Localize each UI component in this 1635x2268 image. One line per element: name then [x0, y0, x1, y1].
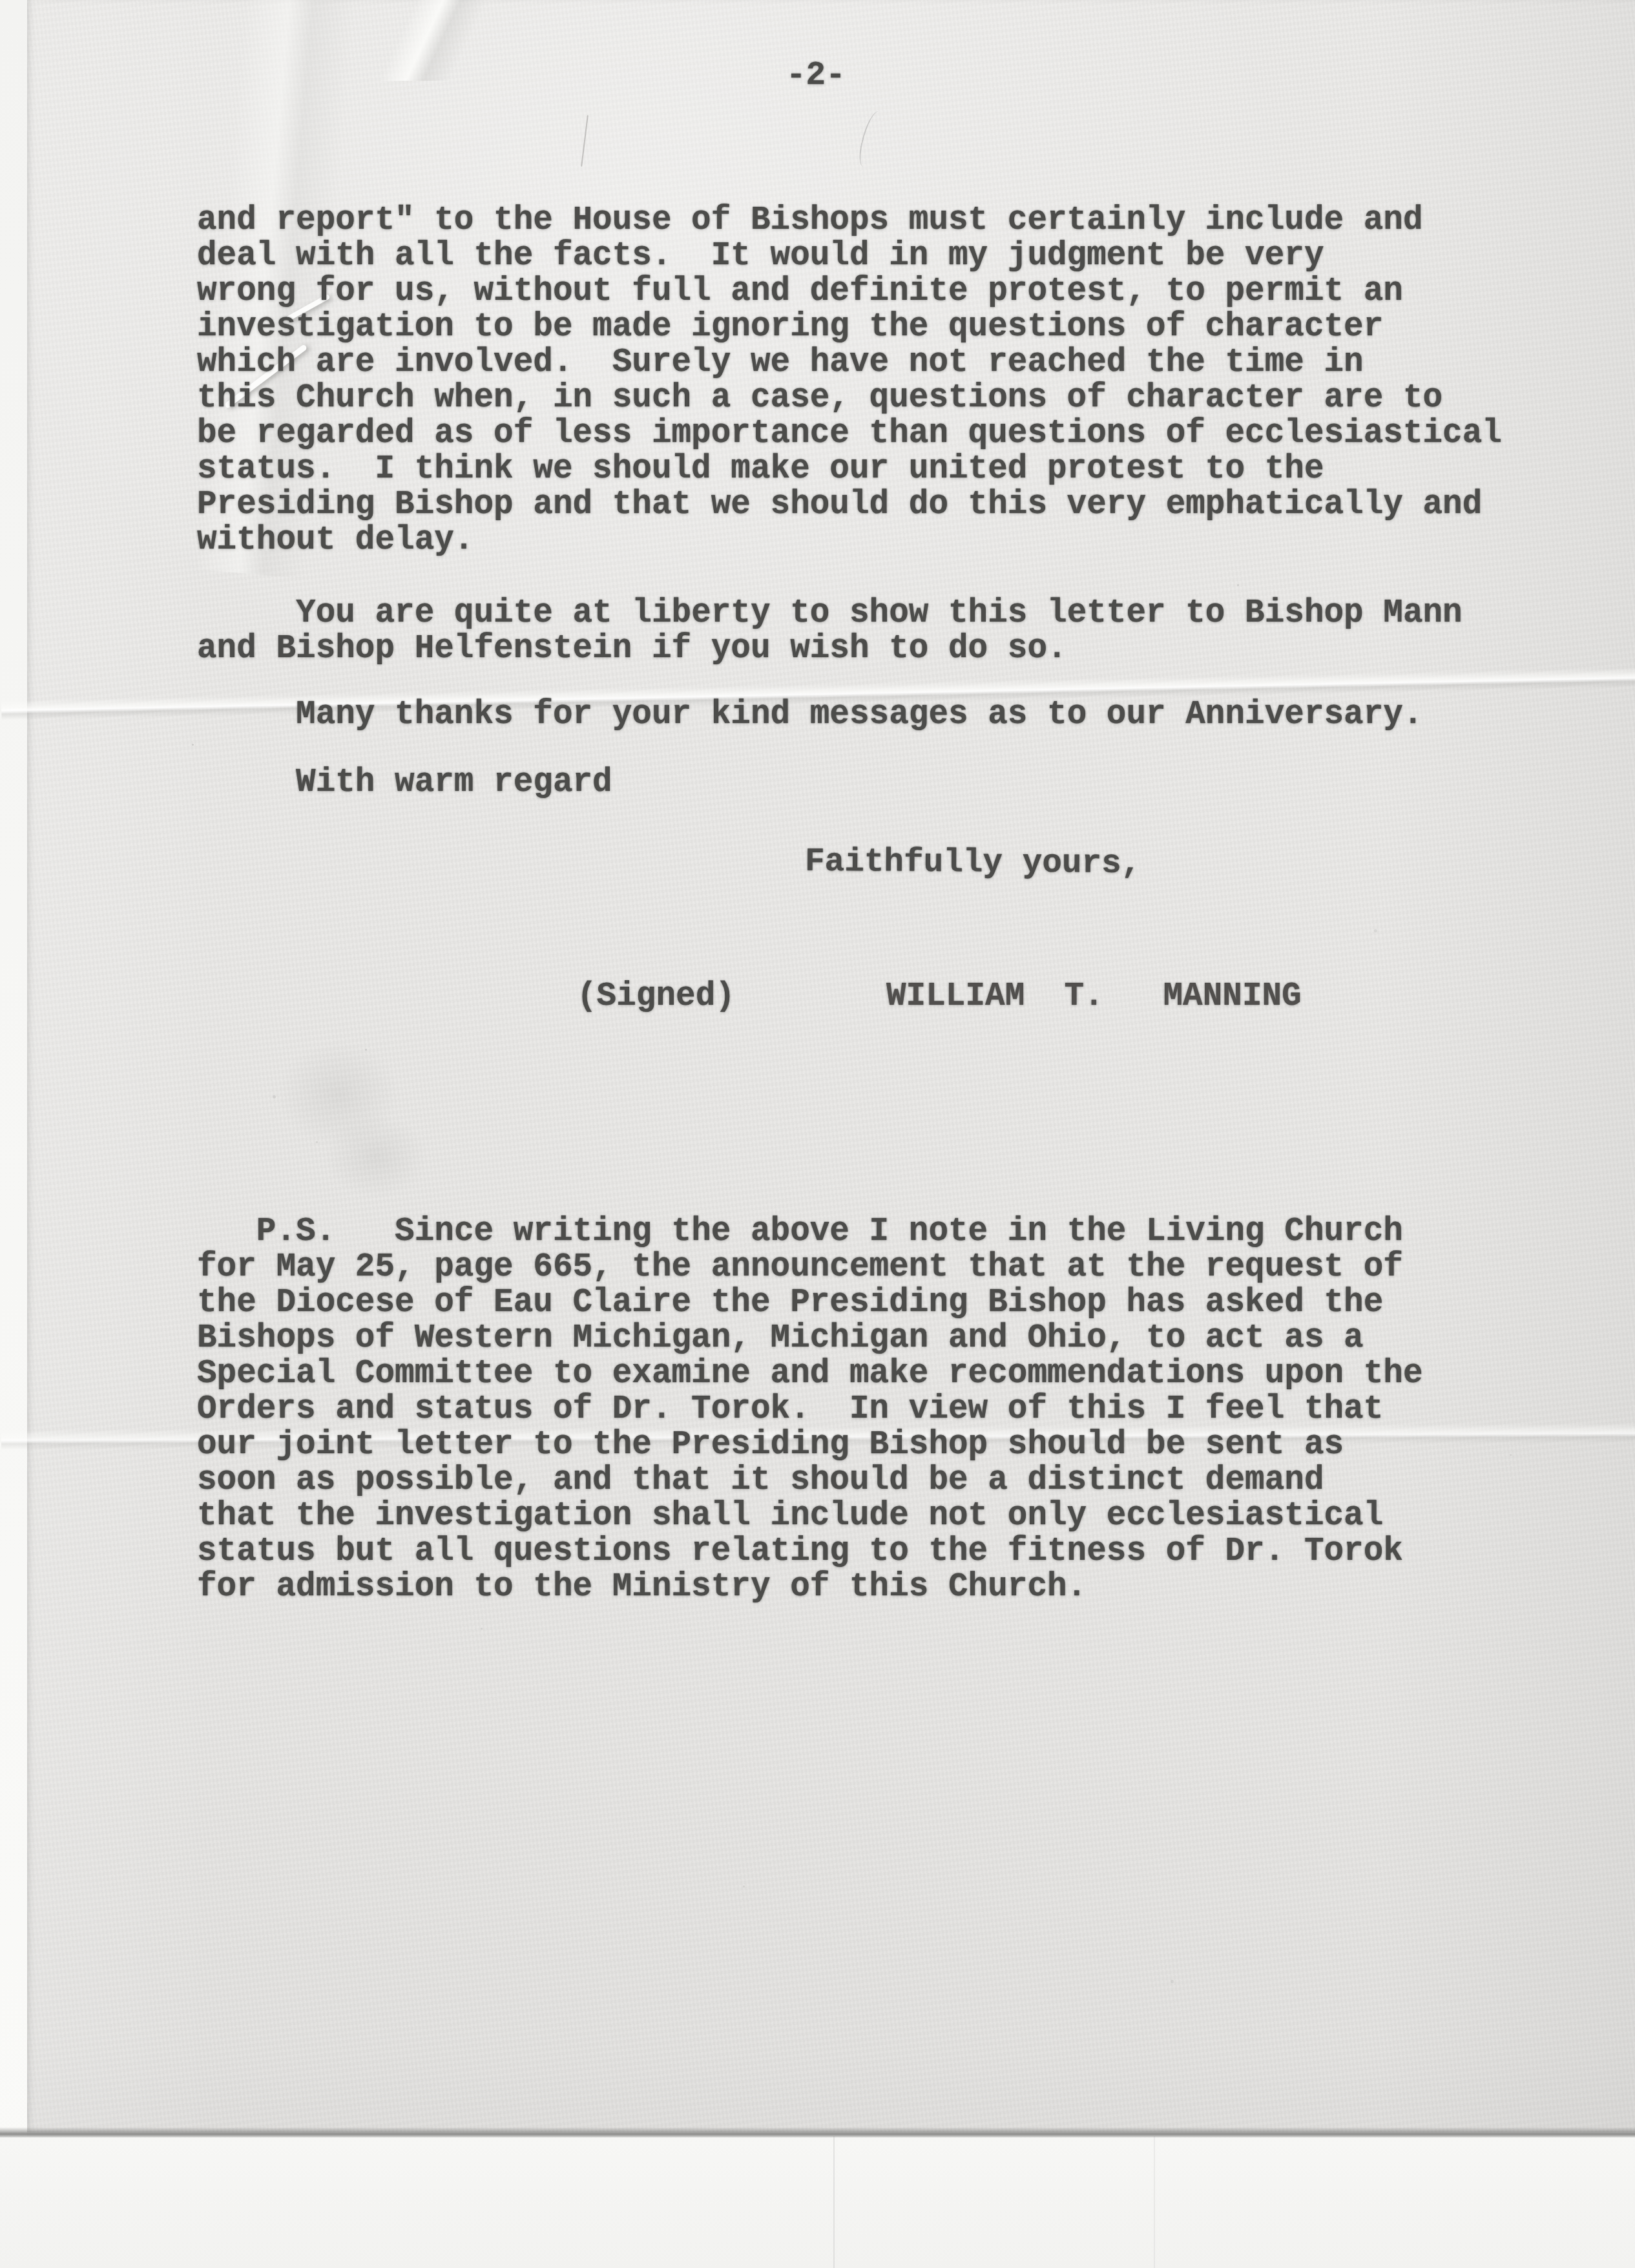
signature-name: WILLIAM T. MANNING [886, 979, 1403, 1014]
thanks-paragraph: Many thanks for your kind messages as to… [197, 697, 1592, 733]
body-paragraph: and report" to the House of Bishops must… [197, 203, 1592, 558]
closing-line: Faithfully yours, [805, 845, 1257, 883]
postscript-paragraph: P.S. Since writing the above I note in t… [197, 1214, 1592, 1605]
scanned-letter-page: -2- and report" to the House of Bishops … [0, 0, 1635, 2268]
signed-label: (Signed) [577, 979, 835, 1014]
page-number: -2- [786, 58, 915, 94]
regard-line: With warm regard [197, 765, 1592, 801]
liberty-paragraph: You are quite at liberty to show this le… [197, 596, 1592, 667]
typewritten-text-layer: -2- and report" to the House of Bishops … [0, 0, 1635, 2268]
